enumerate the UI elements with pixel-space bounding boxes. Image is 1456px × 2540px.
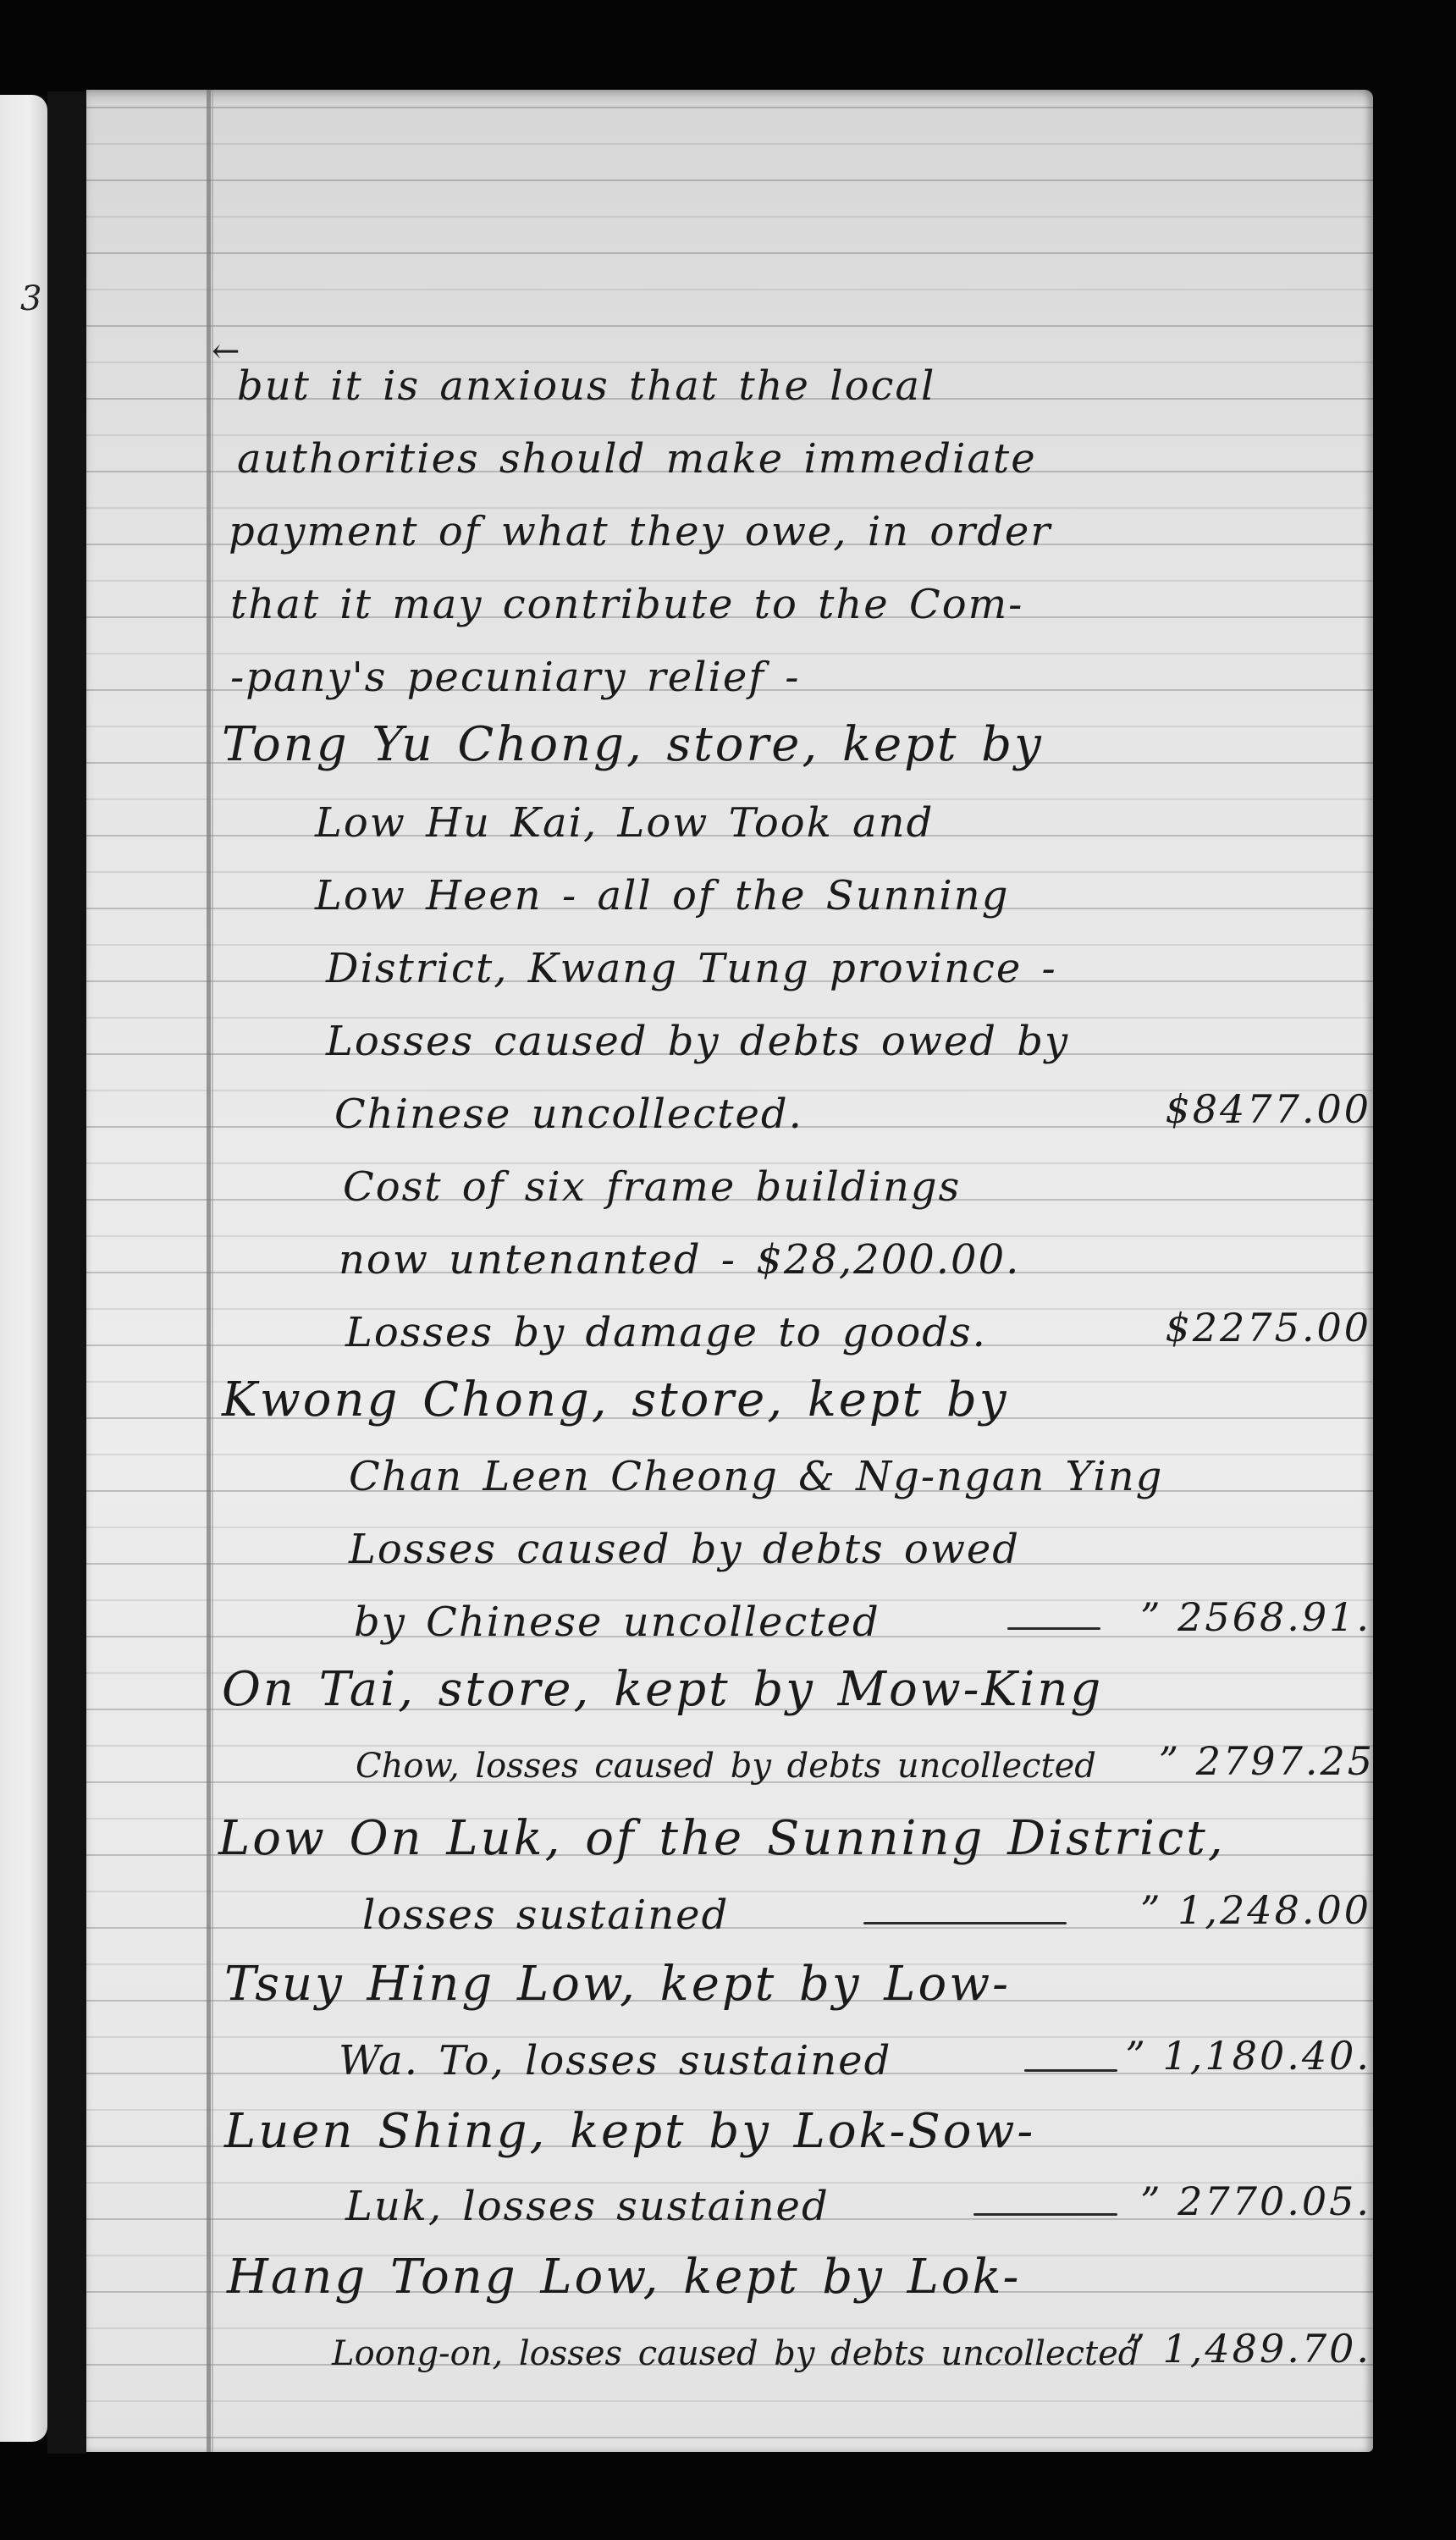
book-gutter: [47, 91, 86, 2454]
text-line: now untenanted - $28,200.00.: [339, 1236, 1020, 1284]
entry-heading: Luen Shing, kept by Lok-Sow-: [224, 2108, 1035, 2156]
leader-dash: [1007, 1627, 1100, 1630]
left-page-mark: 3: [20, 279, 41, 318]
text-line: Low Hu Kai, Low Took and: [315, 799, 934, 847]
text-line: payment of what they owe, in order: [229, 508, 1051, 555]
text-line: Chow, losses caused by debts uncollected: [356, 1742, 1096, 1790]
text-line: but it is anxious that the local: [237, 362, 935, 410]
amount: ” 1,180.40.: [1125, 2032, 1371, 2079]
leader-dash: [973, 2213, 1117, 2216]
text-line: Losses caused by debts owed by: [326, 1018, 1069, 1065]
text-line: District, Kwang Tung province -: [326, 945, 1057, 992]
text-line: -pany's pecuniary relief -: [230, 654, 801, 701]
text-line: Chan Leen Cheong & Ng-ngan Ying: [349, 1453, 1163, 1500]
text-line: authorities should make immediate: [237, 435, 1037, 483]
amount: ” 2797.25: [1159, 1737, 1375, 1785]
insertion-mark: ←: [212, 332, 240, 371]
leader-dash: [863, 1922, 1067, 1924]
entry-heading: Tsuy Hing Low, kept by Low-: [224, 1961, 1011, 2008]
amount: ” 2568.91.: [1140, 1593, 1371, 1641]
text-line: losses sustained: [362, 1891, 729, 1939]
entry-heading: Low On Luk, of the Sunning District,: [218, 1815, 1226, 1863]
entry-heading: Tong Yu Chong, store, kept by: [222, 721, 1044, 769]
text-line: Losses by damage to goods.: [345, 1309, 987, 1356]
text-line: Cost of six frame buildings: [343, 1163, 961, 1211]
entry-heading: Kwong Chong, store, kept by: [222, 1377, 1009, 1424]
text-line: Luk, losses sustained: [345, 2183, 830, 2230]
amount: ” 1,489.70.: [1125, 2325, 1371, 2372]
entry-heading: Hang Tong Low, kept by Lok-: [227, 2254, 1021, 2301]
margin-rule-inner: [212, 90, 213, 2452]
margin-rule: [207, 90, 211, 2452]
amount: $2275.00: [1166, 1304, 1372, 1351]
leader-dash: [1024, 2069, 1117, 2072]
entry-heading: On Tai, store, kept by Mow-King: [222, 1666, 1103, 1714]
amount: ” 1,248.00: [1140, 1886, 1371, 1934]
text-line: that it may contribute to the Com-: [230, 581, 1023, 628]
text-line: by Chinese uncollected: [354, 1599, 880, 1646]
text-line: Losses caused by debts owed: [349, 1526, 1020, 1573]
amount: ” 2770.05.: [1140, 2178, 1371, 2225]
text-line: Wa. To, losses sustained: [339, 2037, 891, 2084]
text-line: Chinese uncollected.: [334, 1091, 803, 1138]
text-line: Low Heen - all of the Sunning: [315, 872, 1009, 919]
adjacent-left-page: [0, 95, 47, 2442]
amount: $8477.00: [1166, 1085, 1372, 1133]
text-line: Loong-on, losses caused by debts uncolle…: [332, 2330, 1139, 2377]
